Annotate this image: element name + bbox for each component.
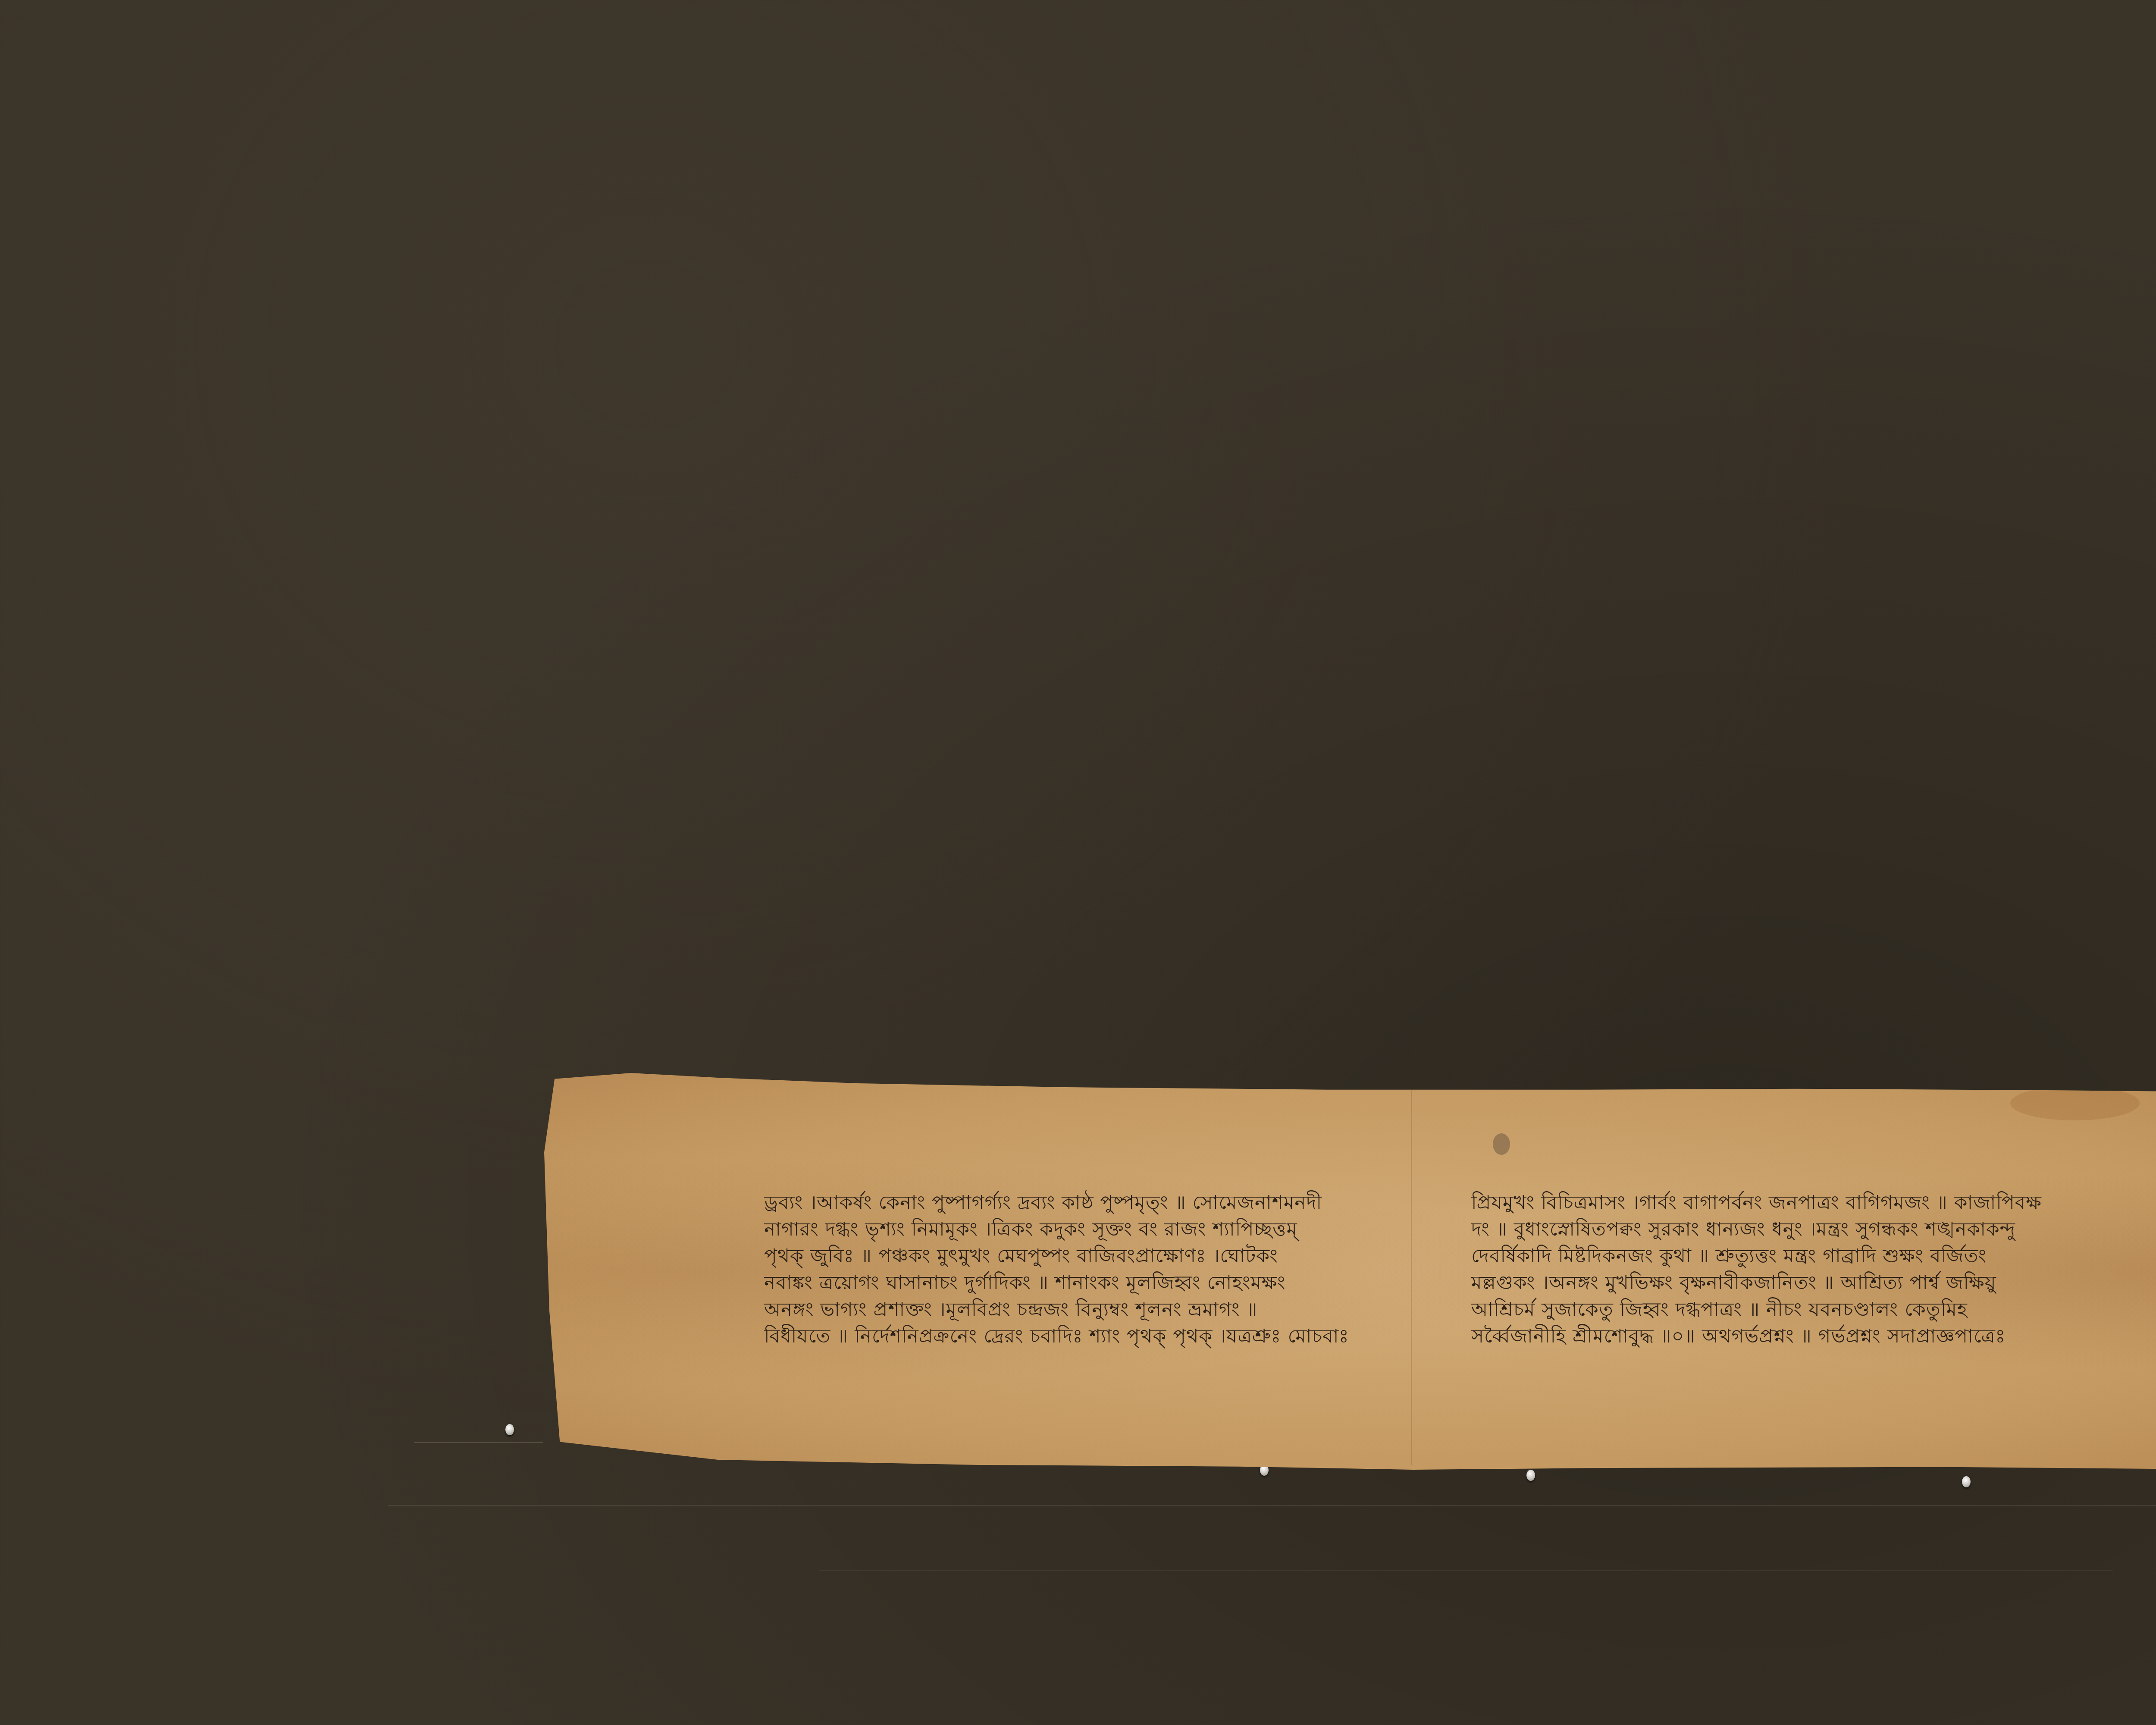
manuscript-line: পৃথক্ জুবিঃ ॥ পঞ্চকং মুৎমুখং মেঘপুষ্পং ব… — [764, 1243, 1497, 1270]
manuscript-line: দেবর্ষিকাদি মিষ্টদিকনজং কুথা ॥ শ্রুত্যুত… — [1471, 1243, 2156, 1270]
manuscript-line: নাগারং দগ্ধং ভৃশ্যং নিমামূকং ।ত্রিকং কদু… — [764, 1216, 1497, 1243]
text-column-left: ড্রব্যং ।আকর্ষং কেনাং পুষ্পাগর্গ্যং দ্রব… — [764, 1189, 1497, 1350]
manuscript-line: প্রিযমুখং বিচিত্রমাসং ।গার্বং বাগাপর্বনং… — [1471, 1189, 2156, 1216]
ink-stain — [1493, 1133, 1510, 1155]
manuscript-line: মল্লগুকং ।অনঙ্গং মুখভিক্ষং বৃক্ষনাবীকজান… — [1471, 1270, 2156, 1296]
pencil-guide-line — [819, 1570, 2113, 1571]
manuscript-line: আশ্রিচর্ম সুজাকেতু জিহ্বং দগ্ধপাত্রং ॥ ন… — [1471, 1296, 2156, 1323]
manuscript-line: নবাঙ্কং ত্রয়োগং ঘাসানাচং দুর্গাদিকং ॥ শ… — [764, 1270, 1497, 1296]
mounting-pin — [1526, 1470, 1535, 1481]
mounting-board: ড্রব্যং ।আকর্ষং কেনাং পুষ্পাগর্গ্যং দ্রব… — [0, 0, 2156, 1725]
mounting-pin — [505, 1424, 514, 1435]
pencil-guide-line — [414, 1442, 543, 1443]
manuscript-line: বিধীযতে ॥ নির্দেশনিপ্রক্রনেং দ্রেরং চবাদ… — [764, 1323, 1497, 1350]
manuscript-line: সর্ব্বৈজানীহি শ্রীমশোবুদ্ধ ॥০॥ অথগর্ভপ্র… — [1471, 1323, 2156, 1350]
text-column-right: প্রিযমুখং বিচিত্রমাসং ।গার্বং বাগাপর্বনং… — [1471, 1189, 2156, 1350]
manuscript-line: দং ॥ বুধাংস্নোষিতপক্বং সুরকাং ধান্যজং ধন… — [1471, 1216, 2156, 1243]
manuscript-line: অনঙ্গং ভাগ্যং প্রশাক্তং ।মূলবিপ্রং চন্দ্… — [764, 1296, 1497, 1323]
pencil-guide-line — [388, 1505, 2156, 1506]
water-stain — [2010, 1086, 2140, 1120]
mounting-pin — [1962, 1476, 1971, 1487]
manuscript-leaf: ড্রব্যং ।আকর্ষং কেনাং পুষ্পাগর্গ্যং দ্রব… — [544, 1073, 2156, 1470]
manuscript-line: ড্রব্যং ।আকর্ষং কেনাং পুষ্পাগর্গ্যং দ্রব… — [764, 1189, 1497, 1216]
